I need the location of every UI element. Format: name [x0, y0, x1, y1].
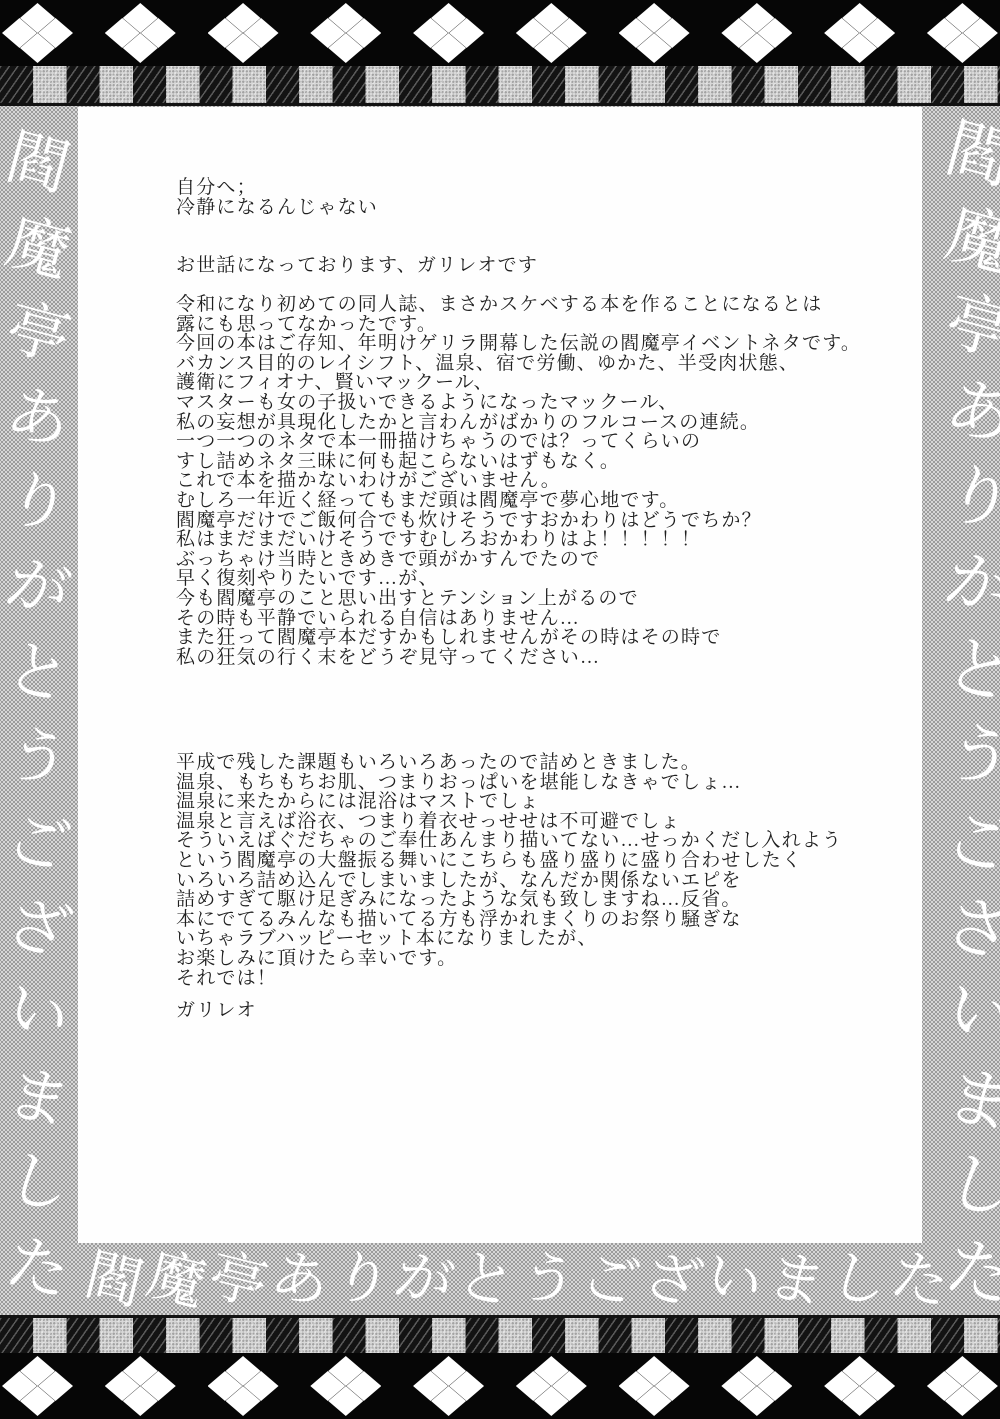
text-line: お世話になっております、ガリレオです — [176, 256, 538, 276]
text-line: 私の妄想が具現化したかと言わんがばかりのフルコースの連続。 — [176, 413, 861, 433]
diamond-cluster-icon — [516, 3, 587, 63]
diamond-cluster-row — [0, 1356, 1000, 1416]
text-line: 今回の本はご存知、年明けゲリラ開幕した伝説の閻魔亭イベントネタです。 — [176, 334, 861, 354]
text-line: 温泉と言えば浴衣、つまり着衣せっせせは不可避でしょ — [176, 812, 842, 832]
diamond-cluster-icon — [208, 1356, 279, 1416]
text-line: バカンス目的のレイシフト、温泉、宿で労働、ゆかた、半受肉状態、 — [176, 354, 861, 374]
text-line: 温泉に来たからには混浴はマストでしょ — [176, 792, 842, 812]
vertical-banner-left: 閻魔亭ありがとうございました — [0, 122, 76, 1312]
text-line: すし詰めネタ三昧に何も起こらないはずもなく。 — [176, 452, 861, 472]
text-line: お楽しみに頂けたら幸いです。 — [176, 949, 842, 969]
banner-character: た — [0, 1219, 86, 1321]
diamond-cluster-icon — [105, 3, 176, 63]
diamond-cluster-icon — [105, 1356, 176, 1416]
diamond-cluster-icon — [310, 3, 381, 63]
diamond-cluster-icon — [310, 1356, 381, 1416]
banner-character: あ — [262, 1243, 337, 1318]
banner-character: 魔 — [138, 1243, 213, 1318]
body-paragraph-1: 令和になり初めての同人誌、まさかスケベする本を作ることになるとは露にも思ってなか… — [176, 295, 861, 667]
text-line: また狂って閻魔亭本だすかもしれませんがその時はその時で — [176, 628, 861, 648]
text-line: 詰めすぎて駆け足ぎみになったような気も致しますね…反省。 — [176, 890, 842, 910]
afterword-paper: 自分へ；冷静になるんじゃない お世話になっております、ガリレオです 令和になり初… — [78, 107, 922, 1243]
banner-character: ま — [758, 1243, 833, 1318]
text-line: という閻魔亭の大盤振る舞いにこちらも盛り盛りに盛り合わせしたく — [176, 851, 842, 871]
greeting-block: お世話になっております、ガリレオです — [176, 256, 538, 276]
text-line: いちゃラブハッピーセット本になりましたが、 — [176, 929, 842, 949]
text-line: 平成で残した課題もいろいろあったので詰めときました。 — [176, 753, 842, 773]
top-diamond-band — [0, 0, 1000, 66]
banner-character: と — [448, 1243, 523, 1318]
text-line: マスターも女の子扱いできるようになったマックール、 — [176, 393, 861, 413]
text-line: 冷静になるんじゃない — [176, 198, 378, 218]
diamond-cluster-icon — [824, 1356, 895, 1416]
banner-character: ざ — [634, 1243, 709, 1318]
banner-character: い — [696, 1243, 771, 1318]
text-line: その時も平静でいられる自信はありません… — [176, 609, 861, 629]
diamond-cluster-icon — [927, 3, 998, 63]
diamond-cluster-icon — [721, 3, 792, 63]
banner-character: た — [882, 1243, 957, 1318]
diamond-cluster-icon — [208, 3, 279, 63]
banner-character: り — [324, 1243, 399, 1318]
text-line: それでは！ — [176, 969, 842, 989]
bottom-stripe-band — [0, 1315, 1000, 1353]
afterword-page-scan: { "main": { "blocks": [ {"lines": ["自分へ；… — [0, 0, 1000, 1419]
diamond-cluster-icon — [516, 1356, 587, 1416]
text-line: 早く復刻やりたいです…が、 — [176, 569, 861, 589]
text-line: 今も閻魔亭のこと思い出すとテンション上がるので — [176, 589, 861, 609]
vertical-banner-right: 閻魔亭ありがとうございました — [946, 116, 1000, 1320]
text-line: 一つ一つのネタで本一冊描けちゃうのでは？ってくらいの — [176, 432, 861, 452]
text-line: 自分へ； — [176, 178, 378, 198]
text-line: 令和になり初めての同人誌、まさかスケベする本を作ることになるとは — [176, 295, 861, 315]
banner-character: う — [510, 1243, 585, 1318]
text-line: 本にでてるみんなも描いてる方も浮かれまくりのお祭り騒ぎな — [176, 910, 842, 930]
text-line: 露にも思ってなかったです。 — [176, 315, 861, 335]
diamond-cluster-icon — [927, 1356, 998, 1416]
text-line: 護衛にフィオナ、賢いマックール、 — [176, 373, 861, 393]
banner-character: 閻 — [76, 1243, 151, 1318]
bottom-banner: 閻魔亭ありがとうございました — [83, 1250, 951, 1312]
diamond-cluster-icon — [2, 1356, 73, 1416]
banner-character: ご — [572, 1243, 647, 1318]
diamond-cluster-row — [0, 3, 1000, 63]
text-line: ぶっちゃけ当時ときめきで頭がかすんでたので — [176, 550, 861, 570]
diamond-cluster-icon — [2, 3, 73, 63]
text-line: 温泉、もちもちお肌、つまりおっぱいを堪能しなきゃでしょ… — [176, 773, 842, 793]
text-line: 私の狂気の行く末をどうぞ見守ってください… — [176, 648, 861, 668]
text-line: これで本を描かないわけがございません。 — [176, 471, 861, 491]
diamond-cluster-icon — [619, 1356, 690, 1416]
diamond-cluster-icon — [619, 3, 690, 63]
author-signature: ガリレオ — [176, 1001, 257, 1021]
diamond-cluster-icon — [413, 3, 484, 63]
body-paragraph-2: 平成で残した課題もいろいろあったので詰めときました。温泉、もちもちお肌、つまりお… — [176, 753, 842, 988]
banner-character: し — [820, 1243, 895, 1318]
text-line: 閻魔亭だけでご飯何合でも炊けそうですおかわりはどうでちか？ — [176, 511, 861, 531]
top-stripe-band — [0, 66, 1000, 106]
diamond-cluster-icon — [413, 1356, 484, 1416]
banner-character: が — [386, 1243, 461, 1318]
note-to-self-block: 自分へ；冷静になるんじゃない — [176, 178, 378, 217]
text-line: 私はまだまだいけそうですむしろおかわりはよ！！！！！ — [176, 530, 861, 550]
bottom-diamond-band — [0, 1353, 1000, 1419]
text-line: いろいろ詰め込んでしまいましたが、なんだか関係ないエピを — [176, 871, 842, 891]
text-line: むしろ一年近く経ってもまだ頭は閻魔亭で夢心地です。 — [176, 491, 861, 511]
diamond-cluster-icon — [824, 3, 895, 63]
text-line: そういえばぐだちゃのご奉仕あんまり描いてない…せっかくだし入れよう — [176, 831, 842, 851]
banner-character: 亭 — [200, 1243, 275, 1318]
diamond-cluster-icon — [721, 1356, 792, 1416]
